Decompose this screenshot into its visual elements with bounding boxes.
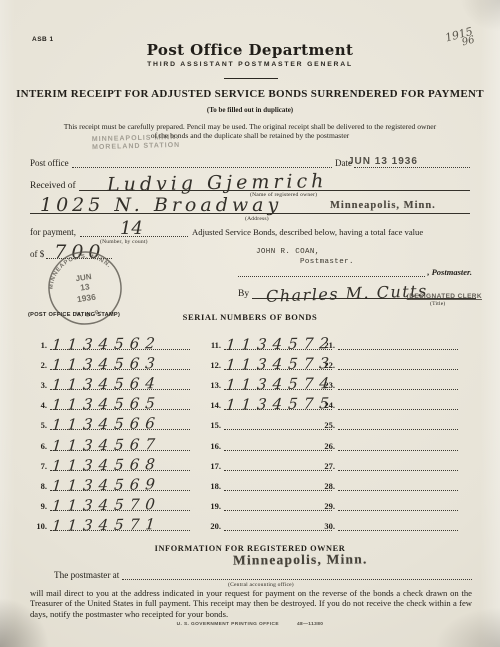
bond-count-handwriting: 14 [120,218,143,239]
date-stamp: JUN 13 1936 [348,156,418,167]
serial-line [224,450,332,471]
serial-row: 4.1134565 [30,390,190,410]
serial-row: 26. [318,430,458,450]
serial-row-number: 12. [204,360,224,370]
title-caption: (Title) [430,301,446,307]
serial-numbers-heading: SERIAL NUMBERS OF BONDS [0,312,500,322]
serial-row-number: 25. [318,420,338,430]
for-payment-row: for payment, 14 Adjusted Service Bonds, … [30,220,470,237]
serial-row-number: 8. [30,481,50,491]
serial-row: 11.1134572 [204,330,332,350]
serial-row: 10.1134571 [30,511,190,531]
serial-row-number: 11. [204,340,224,350]
serial-row-number: 22. [318,360,338,370]
serial-column-2: 11.113457212.113457313.113457414.1134575… [204,330,332,531]
serial-line: 1134568 [50,450,190,471]
printing-office-text: U. S. GOVERNMENT PRINTING OFFICE [177,622,279,627]
serial-row-number: 13. [204,380,224,390]
post-office-rubber-stamp: MINNEAPOLIS MINN. MORELAND STATION [92,134,180,152]
received-of-label: Received of [30,181,76,191]
serial-row: 16. [204,430,332,450]
serial-row-number: 24. [318,400,338,410]
by-label: By [238,289,249,299]
serial-line [224,510,332,531]
address-line: 1025 N. Broadway Minneapolis, Minn. [30,213,470,214]
clerk-signature-line: Charles M. Cutts (DESIGNATED CLERK [252,298,476,299]
header-divider [224,78,278,79]
owner-info-paragraph: will mail direct to you at the address i… [30,588,472,619]
serial-line [224,490,332,511]
serial-row: 3.1134564 [30,370,190,390]
serial-line: 1134567 [50,429,190,450]
serial-row: 22. [318,350,458,370]
serial-row: 21. [318,330,458,350]
serial-line: 1134573 [224,349,332,370]
bureau-title: THIRD ASSISTANT POSTMASTER GENERAL [0,61,500,68]
serial-line: 1134574 [224,369,332,390]
serial-row-number: 21. [318,340,338,350]
serial-line [338,490,458,511]
designated-clerk-stamp: (DESIGNATED CLERK [407,293,482,300]
postmaster-line-label: , Postmaster. [427,267,472,277]
serial-row: 18. [204,471,332,491]
serial-line [338,450,458,471]
serial-row-number: 16. [204,441,224,451]
serial-row-number: 19. [204,501,224,511]
dating-stamp-year: 1936 [76,292,96,305]
serial-row-number: 2. [30,360,50,370]
serial-row-number: 30. [318,521,338,531]
serial-line: 1134575 [224,389,332,410]
address-handwriting: 1025 N. Broadway [40,194,282,216]
serial-row: 19. [204,491,332,511]
serial-line [338,409,458,430]
serial-row: 6.1134567 [30,430,190,450]
typed-postmaster-name: JOHN R. COAN, [256,247,354,257]
serial-row: 13.1134574 [204,370,332,390]
serial-row-number: 23. [318,380,338,390]
for-payment-label: for payment, [30,227,76,237]
serial-line [338,429,458,450]
serial-row-number: 28. [318,481,338,491]
serial-line [224,409,332,430]
serial-row: 8.1134569 [30,471,190,491]
form-title: INTERIM RECEIPT FOR ADJUSTED SERVICE BON… [0,88,500,100]
serial-row: 30. [318,511,458,531]
serial-line [224,470,332,491]
serial-row: 1.1134562 [30,330,190,350]
serial-line: 1134564 [50,369,190,390]
instructions-line2: of the bonds and the duplicate shall be … [0,131,500,140]
serial-row: 17. [204,451,332,471]
clerk-signature-handwriting: Charles M. Cutts [266,281,428,306]
address-row: 1025 N. Broadway Minneapolis, Minn. [30,192,470,214]
serial-row-number: 18. [204,481,224,491]
postmaster-signature-line [238,276,425,277]
print-code: 48—11380 [297,622,323,627]
serial-row-number: 9. [30,501,50,511]
serial-row-number: 5. [30,420,50,430]
circular-dating-stamp: MINNEAPOLIS, MINN. M. O. B. JUN 13 1936 [34,237,136,339]
scanned-form-page: ASB 1 1915 96 Post Office Department THI… [0,0,500,647]
printing-office-footer: U. S. GOVERNMENT PRINTING OFFICE48—11380 [0,622,500,627]
serial-row-number: 10. [30,521,50,531]
post-office-label: Post office [30,158,69,168]
serial-line [338,389,458,410]
serial-row: 9.1134570 [30,491,190,511]
serial-line: 1134562 [50,329,190,350]
serial-row-number: 1. [30,340,50,350]
office-stamp-station: MORELAND STATION [92,142,180,152]
serial-row: 29. [318,491,458,511]
serial-row: 2.1134563 [30,350,190,370]
bonds-description-text: Adjusted Service Bonds, described below,… [192,227,423,237]
serial-column-3: 21.22.23.24.25.26.27.28.29.30. [318,330,458,531]
serial-line: 1134570 [50,490,190,511]
postmaster-at-row: The postmaster at [54,564,472,580]
serial-row: 7.1134568 [30,451,190,471]
post-office-date-row: Post office Date JUN 13 1936 [30,152,470,168]
serial-row: 23. [318,370,458,390]
serial-row-number: 7. [30,461,50,471]
serial-line [338,329,458,350]
serial-column-1: 1.11345622.11345633.11345644.11345655.11… [30,330,190,531]
serial-row: 24. [318,390,458,410]
instructions-line1: This receipt must be carefully prepared.… [0,122,500,131]
serial-row-number: 3. [30,380,50,390]
serial-row: 27. [318,451,458,471]
serial-line: 1134571 [50,510,190,531]
form-subtitle: (To be filled out in duplicate) [0,106,500,114]
serial-row: 15. [204,410,332,430]
serial-value-handwriting: 1134571 [51,515,162,535]
serial-line: 1134563 [50,349,190,370]
serial-row-number: 17. [204,461,224,471]
received-of-row: Received of Ludvig Gjemrich [30,168,470,191]
dating-stamp-day: 13 [79,281,90,292]
serial-row: 25. [318,410,458,430]
serial-row-number: 15. [204,420,224,430]
serial-line [224,429,332,450]
serial-line [338,470,458,491]
department-title: Post Office Department [0,41,500,59]
serial-row-number: 27. [318,461,338,471]
by-clerk-row: By Charles M. Cutts (DESIGNATED CLERK [238,278,476,299]
postmaster-at-line [122,579,472,580]
address-city-stamp: Minneapolis, Minn. [330,200,436,211]
serial-row: 20. [204,511,332,531]
serial-row: 14.1134575 [204,390,332,410]
serial-line [338,349,458,370]
bond-count-line: 14 [80,236,188,237]
serial-row-number: 26. [318,441,338,451]
postmaster-at-label: The postmaster at [54,570,119,580]
owner-name-line: Ludvig Gjemrich [79,190,470,191]
serial-line: 1134566 [50,409,190,430]
serial-line [338,369,458,390]
serial-line [338,510,458,531]
serial-row-number: 29. [318,501,338,511]
serial-line: 1134569 [50,470,190,491]
serial-line: 1134572 [224,329,332,350]
serial-row-number: 20. [204,521,224,531]
serial-row-number: 4. [30,400,50,410]
serial-line: 1134565 [50,389,190,410]
serial-row: 28. [318,471,458,491]
serial-row: 5.1134566 [30,410,190,430]
serial-row-number: 14. [204,400,224,410]
postmaster-signature-row: , Postmaster. [238,264,472,277]
serial-row-number: 6. [30,441,50,451]
serial-row: 12.1134573 [204,350,332,370]
